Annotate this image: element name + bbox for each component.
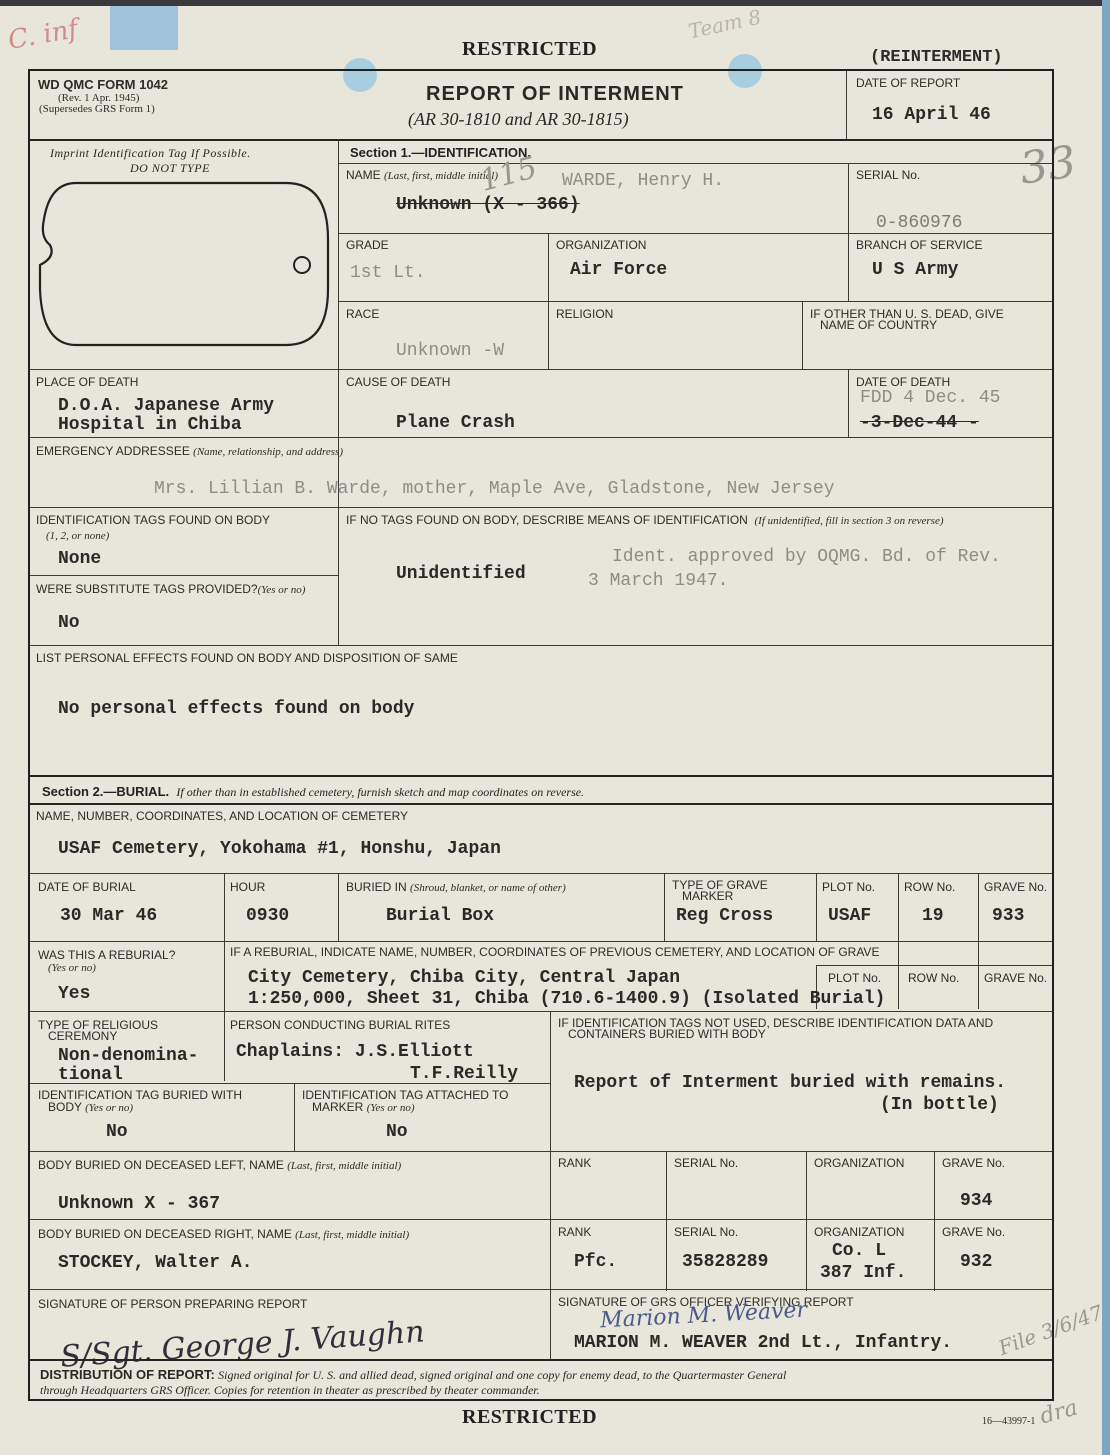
- marker-label-2: MARKER: [682, 890, 733, 902]
- divider: [550, 1011, 551, 1151]
- hour-label: HOUR: [230, 881, 265, 893]
- divider: [816, 965, 1052, 966]
- preparer-signature-label: SIGNATURE OF PERSON PREPARING REPORT: [38, 1298, 307, 1310]
- left-org-label: ORGANIZATION: [814, 1157, 904, 1169]
- divider: [224, 873, 225, 1081]
- date-of-death-label: DATE OF DEATH: [856, 376, 950, 388]
- divider: [30, 1289, 1052, 1290]
- organization-label: ORGANIZATION: [556, 239, 646, 251]
- divider: [30, 1011, 1052, 1012]
- distribution-line-2: through Headquarters GRS Officer. Copies…: [40, 1383, 540, 1398]
- previous-cemetery-label: IF A REBURIAL, INDICATE NAME, NUMBER, CO…: [230, 946, 879, 958]
- left-grave-label: GRAVE No.: [942, 1157, 1005, 1169]
- means-note-2: 3 March 1947.: [588, 571, 728, 591]
- id-data-label-2: CONTAINERS BURIED WITH BODY: [568, 1028, 766, 1040]
- previous-cemetery-line-1: City Cemetery, Chiba City, Central Japan: [248, 968, 680, 988]
- race-value: Unknown -W: [396, 341, 504, 361]
- section-2-title: Section 2.—BURIAL. If other than in esta…: [42, 784, 584, 800]
- tag-marker-value: No: [386, 1122, 408, 1142]
- divider: [30, 941, 1052, 942]
- divider: [30, 369, 1052, 370]
- divider: [848, 233, 849, 301]
- right-serial-label: SERIAL No.: [674, 1226, 738, 1238]
- left-grave-value: 934: [960, 1191, 992, 1211]
- dog-tag-outline-icon: [36, 179, 336, 349]
- left-rank-label: RANK: [558, 1157, 591, 1169]
- place-of-death-line-2: Hospital in Chiba: [58, 415, 242, 435]
- divider: [550, 1289, 551, 1359]
- binder-tab: [110, 6, 178, 50]
- divider: [30, 1151, 1052, 1152]
- left-body-name: Unknown X - 367: [58, 1194, 220, 1214]
- name-corrected: WARDE, Henry H.: [562, 171, 724, 191]
- divider: [846, 71, 847, 139]
- right-org-label: ORGANIZATION: [814, 1226, 904, 1238]
- divider: [550, 1151, 551, 1291]
- divider: [848, 369, 849, 437]
- divider: [30, 437, 1052, 438]
- previous-grave-label: GRAVE No.: [984, 972, 1047, 984]
- plot-label: PLOT No.: [822, 881, 875, 893]
- date-of-report-value: 16 April 46: [872, 105, 991, 125]
- grave-value: 933: [992, 906, 1024, 926]
- divider: [30, 1359, 1052, 1361]
- right-grave-label: GRAVE No.: [942, 1226, 1005, 1238]
- divider: [30, 1083, 550, 1084]
- tags-found-value: None: [58, 549, 101, 569]
- rites-value-2: T.F.Reilly: [410, 1064, 518, 1084]
- preparer-signature: S/Sgt. George J. Vaughn: [59, 1314, 425, 1374]
- divider: [802, 301, 803, 369]
- right-org-value-2: 387 Inf.: [820, 1263, 906, 1283]
- divider: [338, 301, 1052, 302]
- divider: [338, 507, 339, 645]
- right-rank-value: Pfc.: [574, 1252, 617, 1272]
- divider: [30, 139, 1052, 141]
- means-label: IF NO TAGS FOUND ON BODY, DESCRIBE MEANS…: [346, 514, 944, 527]
- tag-imprint-instruction: Imprint Identification Tag If Possible.: [50, 146, 251, 161]
- divider: [666, 1151, 667, 1291]
- rites-label: PERSON CONDUCTING BURIAL RITES: [230, 1019, 450, 1031]
- grave-label: GRAVE No.: [984, 881, 1047, 893]
- scan-right-edge: [1102, 0, 1110, 1455]
- cause-of-death-label: CAUSE OF DEATH: [346, 376, 450, 388]
- divider: [848, 163, 849, 233]
- form-title: REPORT OF INTERMENT: [426, 83, 684, 106]
- serial-value: 0-860976: [876, 213, 962, 233]
- means-note-1: Ident. approved by OQMG. Bd. of Rev.: [612, 547, 1001, 567]
- date-of-burial-value: 30 Mar 46: [60, 906, 157, 926]
- right-serial-value: 35828289: [682, 1252, 768, 1272]
- tag-marker-label-2: MARKER (Yes or no): [312, 1101, 415, 1114]
- religion-label: RELIGION: [556, 308, 613, 320]
- report-of-interment-form: WD QMC FORM 1042 (Rev. 1 Apr. 1945) (Sup…: [28, 69, 1054, 1401]
- grade-value: 1st Lt.: [350, 263, 426, 283]
- print-code: 16—43997-1: [982, 1416, 1035, 1427]
- country-label-2: NAME OF COUNTRY: [820, 319, 937, 331]
- divider: [338, 163, 1052, 164]
- rites-value-1: Chaplains: J.S.Elliott: [236, 1042, 474, 1062]
- row-value: 19: [922, 906, 944, 926]
- tag-buried-value: No: [106, 1122, 128, 1142]
- id-data-value-2: (In bottle): [880, 1095, 999, 1115]
- divider: [30, 775, 1052, 777]
- row-label: ROW No.: [904, 881, 955, 893]
- date-of-burial-label: DATE OF BURIAL: [38, 881, 136, 893]
- means-value: Unidentified: [396, 564, 526, 584]
- form-subtitle: (AR 30-1810 and AR 30-1815): [408, 109, 629, 130]
- cemetery-value: USAF Cemetery, Yokohama #1, Honshu, Japa…: [58, 839, 501, 859]
- cemetery-label: NAME, NUMBER, COORDINATES, AND LOCATION …: [36, 810, 408, 822]
- reburial-hint: (Yes or no): [48, 962, 96, 974]
- place-of-death-line-1: D.O.A. Japanese Army: [58, 396, 274, 416]
- form-id: WD QMC FORM 1042: [38, 79, 168, 91]
- reburial-label: WAS THIS A REBURIAL?: [38, 949, 175, 961]
- tags-found-hint: (1, 2, or none): [46, 530, 109, 542]
- footer-restricted: RESTRICTED: [462, 1406, 597, 1429]
- previous-plot-label: PLOT No.: [828, 972, 881, 984]
- right-body-label: BODY BURIED ON DECEASED RIGHT, NAME (Las…: [38, 1228, 409, 1241]
- place-of-death-label: PLACE OF DEATH: [36, 376, 138, 388]
- buried-in-label: BURIED IN (Shroud, blanket, or name of o…: [346, 881, 566, 894]
- divider: [30, 1219, 1052, 1220]
- emergency-value: Mrs. Lillian B. Warde, mother, Maple Ave…: [154, 479, 835, 499]
- right-rank-label: RANK: [558, 1226, 591, 1238]
- divider: [30, 507, 1052, 508]
- right-org-value-1: Co. L: [832, 1241, 886, 1261]
- cause-of-death-value: Plane Crash: [396, 413, 515, 433]
- serial-label: SERIAL No.: [856, 169, 920, 181]
- divider: [338, 873, 339, 941]
- tags-found-label: IDENTIFICATION TAGS FOUND ON BODY: [36, 514, 270, 526]
- divider: [806, 1151, 807, 1291]
- plot-value: USAF: [828, 906, 871, 926]
- reburial-value: Yes: [58, 984, 90, 1004]
- divider: [30, 803, 1052, 805]
- ceremony-value-1: Non-denomina-: [58, 1046, 198, 1066]
- divider: [294, 1083, 295, 1151]
- officer-typed-name: MARION M. WEAVER 2nd Lt., Infantry.: [574, 1333, 952, 1353]
- emergency-label: EMERGENCY ADDRESSEE (Name, relationship,…: [36, 445, 343, 458]
- date-of-death-original: -3-Dec-44 -: [860, 413, 979, 433]
- effects-label: LIST PERSONAL EFFECTS FOUND ON BODY AND …: [36, 652, 458, 664]
- grade-label: GRADE: [346, 239, 389, 251]
- distribution-line-1: DISTRIBUTION OF REPORT: Signed original …: [40, 1367, 786, 1383]
- right-grave-value: 932: [960, 1252, 992, 1272]
- previous-row-label: ROW No.: [908, 972, 959, 984]
- branch-value: U S Army: [872, 260, 958, 280]
- divider: [934, 1151, 935, 1291]
- substitute-label: WERE SUBSTITUTE TAGS PROVIDED?(Yes or no…: [36, 583, 305, 596]
- branch-label: BRANCH OF SERVICE: [856, 239, 982, 251]
- header-restricted: RESTRICTED: [462, 38, 597, 61]
- form-supersedes: (Supersedes GRS Form 1): [39, 103, 155, 115]
- right-body-name: STOCKEY, Walter A.: [58, 1253, 252, 1273]
- substitute-value: No: [58, 613, 80, 633]
- race-label: RACE: [346, 308, 379, 320]
- effects-value: No personal effects found on body: [58, 699, 414, 719]
- date-of-death-corrected: FDD 4 Dec. 45: [860, 388, 1000, 408]
- divider: [664, 873, 665, 941]
- tag-buried-label-2: BODY (Yes or no): [48, 1101, 133, 1114]
- previous-cemetery-line-2: 1:250,000, Sheet 31, Chiba (710.6-1400.9…: [248, 989, 885, 1009]
- name-label: NAME (Last, first, middle initial): [346, 169, 498, 182]
- marker-value: Reg Cross: [676, 906, 773, 926]
- date-of-report-label: DATE OF REPORT: [856, 77, 960, 89]
- divider: [338, 233, 1052, 234]
- divider: [30, 645, 1052, 646]
- hour-value: 0930: [246, 906, 289, 926]
- ceremony-value-2: tional: [58, 1065, 123, 1085]
- buried-in-value: Burial Box: [386, 906, 494, 926]
- organization-value: Air Force: [570, 260, 667, 280]
- divider: [816, 873, 817, 941]
- ceremony-label-2: CEREMONY: [48, 1030, 117, 1042]
- tag-imprint-warning: DO NOT TYPE: [130, 161, 210, 176]
- id-data-value-1: Report of Interment buried with remains.: [574, 1073, 1006, 1093]
- divider: [30, 575, 338, 576]
- reinterment-tag: (REINTERMENT): [870, 48, 1003, 67]
- left-body-label: BODY BURIED ON DECEASED LEFT, NAME (Last…: [38, 1159, 401, 1172]
- name-value: Unknown (X - 366): [396, 195, 580, 215]
- left-serial-label: SERIAL No.: [674, 1157, 738, 1169]
